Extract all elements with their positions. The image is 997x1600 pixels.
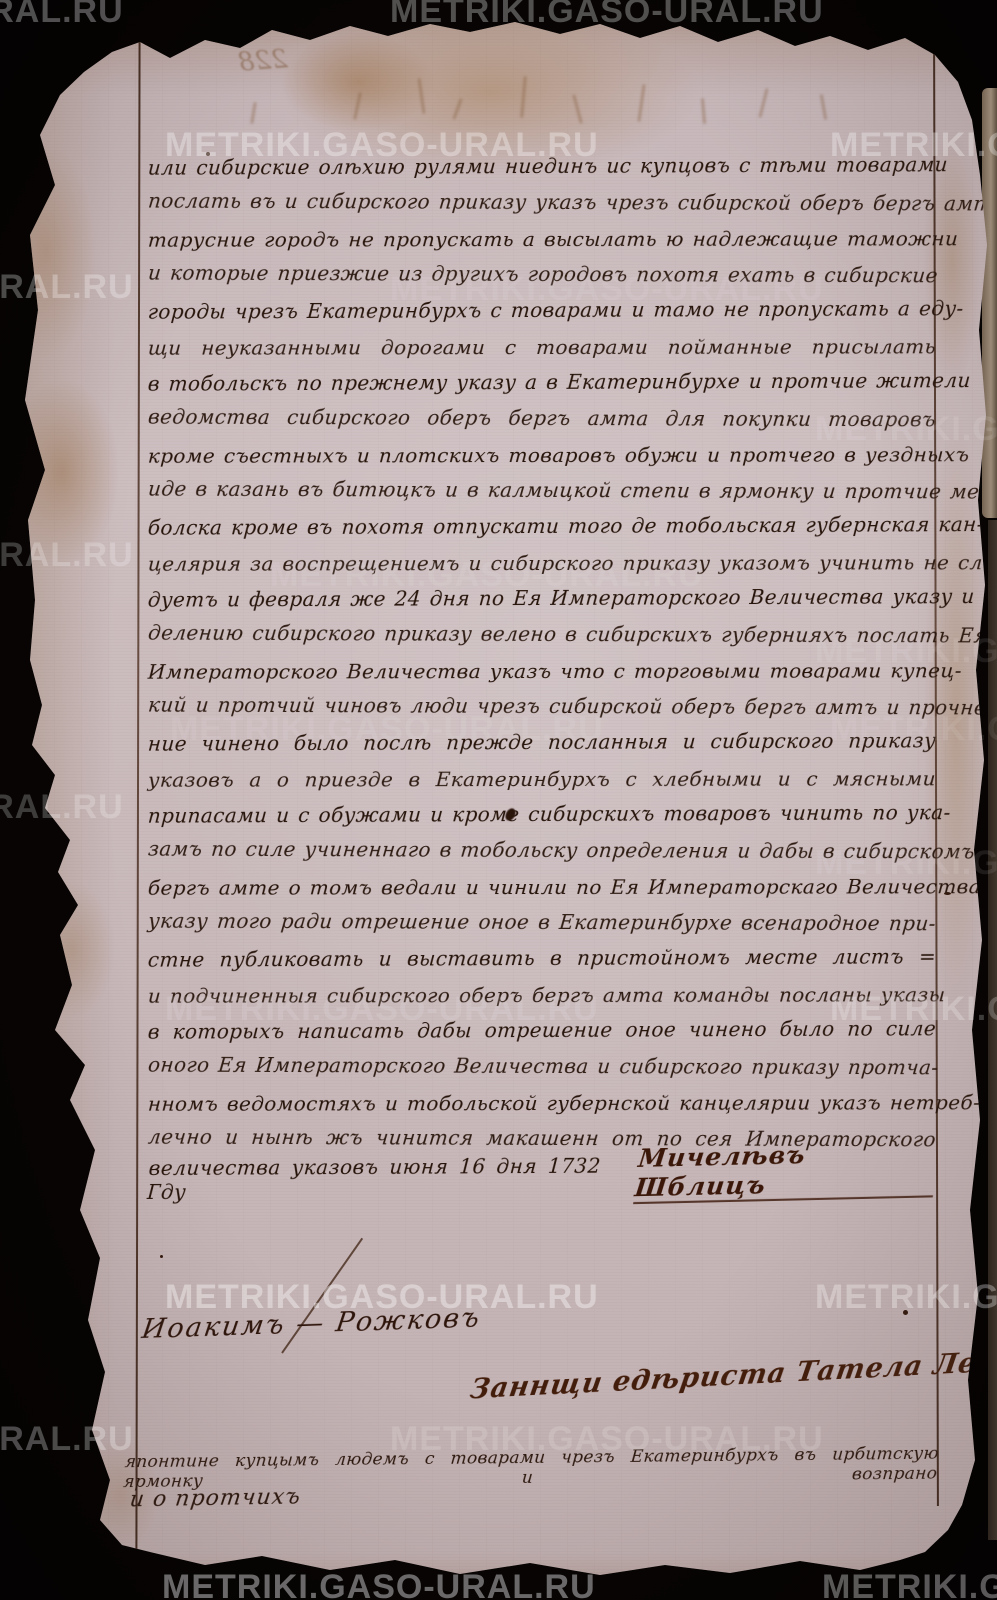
manuscript-line: или сибирские олѣхию рулями ниединъ ис к… bbox=[147, 146, 938, 186]
manuscript-line: послать въ и сибирского приказу указъ чр… bbox=[146, 183, 937, 223]
manuscript-line: замъ по силе учиненнаго в тобольску опре… bbox=[146, 831, 937, 871]
ink-speck bbox=[944, 892, 951, 895]
watermark-text: METRIKI.GASO-URAL.RU bbox=[0, 0, 124, 31]
manuscript-line: ние чинено было послѣ прежде посланныя и… bbox=[147, 722, 938, 762]
date-text: величества указовъ июня 16 дня 1732 Гду bbox=[146, 1153, 638, 1204]
manuscript-line: указовъ а о приезде в Екатеринбурхъ с хл… bbox=[147, 760, 937, 798]
watermark-text: METRIKI.GASO-URAL.RU bbox=[822, 1568, 997, 1600]
manuscript-line: тарусние городъ не пропускать а высылать… bbox=[147, 220, 937, 258]
manuscript-line: ведомства сибирского оберъ бергъ амта дл… bbox=[146, 399, 937, 439]
manuscript-line: и которые приезжие из другихъ городовъ п… bbox=[146, 255, 937, 295]
manuscript-line: болска кроме въ похотя отпускати того де… bbox=[147, 506, 938, 546]
ink-speck bbox=[160, 1255, 163, 1258]
under-page-edge-top bbox=[982, 88, 997, 518]
manuscript-line: припасами и с обужами и кроме сибирскихъ… bbox=[147, 794, 938, 834]
manuscript-line: нномъ ведомостяхъ и тобольской губернско… bbox=[147, 1084, 937, 1122]
scribe-signature: Мичелѣвъ Шблицъ bbox=[633, 1137, 940, 1204]
manuscript-line: Императорского Величества указъ что с то… bbox=[147, 652, 937, 690]
manuscript-line: кий и протчий чиновъ люди чрезъ сибирско… bbox=[146, 687, 937, 727]
manuscript-line: целярия за воспрещениемъ и сибирского пр… bbox=[147, 544, 937, 582]
manuscript-date-line: величества указовъ июня 16 дня 1732 Гду … bbox=[148, 1154, 936, 1204]
bottom-note-tail: и о протчихъ bbox=[128, 1485, 302, 1513]
manuscript-scan: 228 или сибирские олѣхию рулями ниединъ … bbox=[0, 0, 997, 1600]
manuscript-line: и подчиненныя сибирского оберъ бергъ амт… bbox=[147, 976, 937, 1014]
watermark-text: METRIKI.GASO-URAL.RU bbox=[390, 0, 824, 31]
manuscript-line: бергъ амте о томъ ведали и чинили по Ея … bbox=[147, 868, 937, 906]
manuscript-line: делению сибирского приказу велено в сиби… bbox=[146, 615, 937, 655]
manuscript-line: в тобольскъ по прежнему указу а в Екатер… bbox=[147, 362, 938, 402]
manuscript-line: в которыхъ написать дабы отрешение оное … bbox=[147, 1010, 938, 1050]
manuscript-line: оного Ея Императорского Величества и сиб… bbox=[146, 1047, 937, 1087]
ink-speck bbox=[206, 152, 210, 156]
under-page-edge-bottom bbox=[988, 520, 997, 1540]
manuscript-line: дуетъ и февраля же 24 дня по Ея Императо… bbox=[147, 578, 938, 618]
manuscript-line: городы чрезъ Екатеринбурхъ с товарами и … bbox=[147, 290, 938, 330]
manuscript-line: стне публиковать и выставить в пристойно… bbox=[147, 938, 938, 978]
ink-speck bbox=[903, 1310, 908, 1315]
watermark-text: METRIKI.GASO-URAL.RU bbox=[162, 1568, 596, 1600]
manuscript-line: иде в казань въ битюцкъ и в калмыцкой ст… bbox=[146, 471, 937, 511]
manuscript-line: щи неуказанными дорогами с товарами пойм… bbox=[147, 328, 937, 366]
manuscript-paper-sheet: 228 или сибирские олѣхию рулями ниединъ … bbox=[0, 0, 997, 1600]
manuscript-line: кроме съестныхъ и плотскихъ товаровъ обу… bbox=[147, 436, 937, 474]
manuscript-line: указу того ради отрешение оное в Екатери… bbox=[146, 903, 937, 943]
